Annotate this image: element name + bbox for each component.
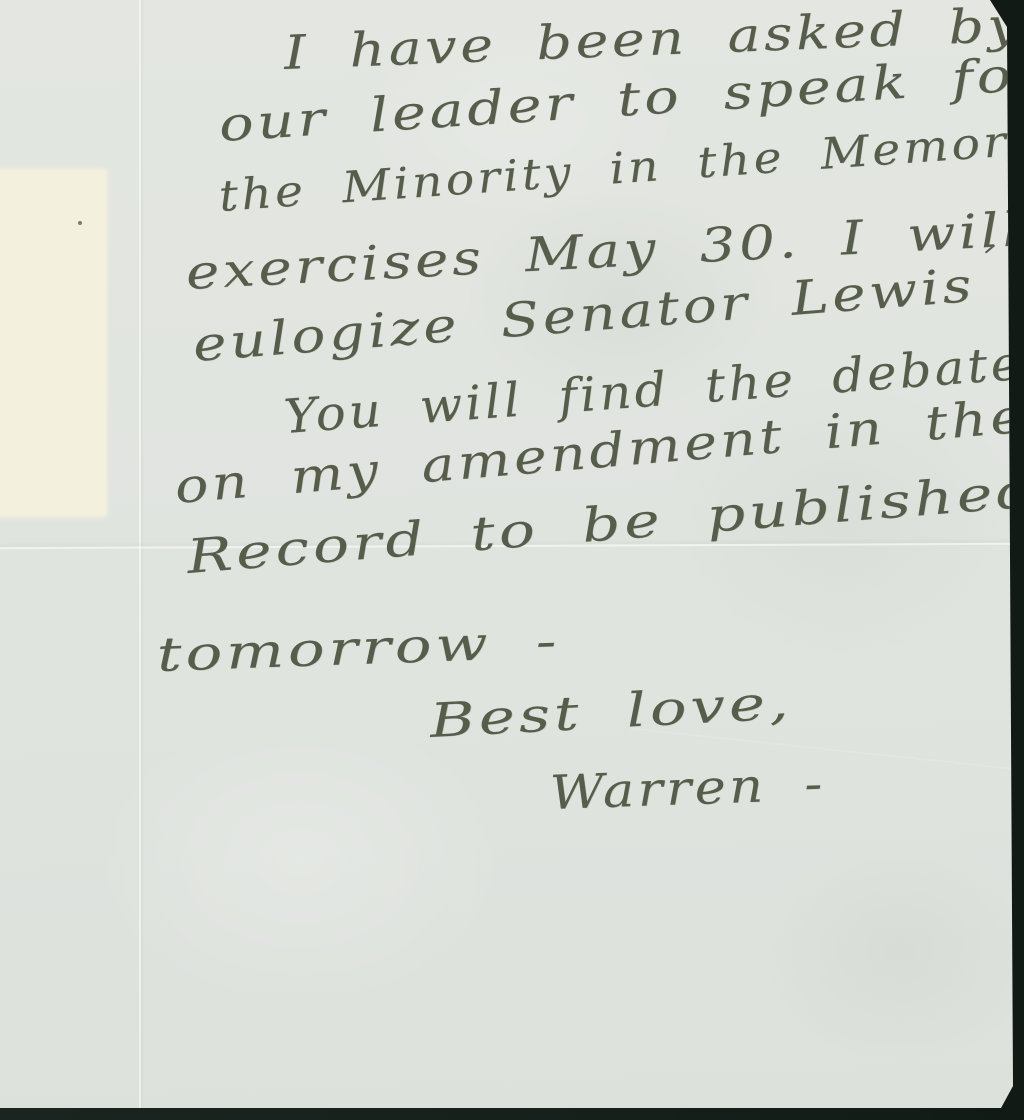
letter-paper: I have been asked by our leader to speak…	[0, 0, 1024, 1120]
show-through-patch	[0, 170, 106, 516]
ink-speck	[78, 221, 82, 225]
vertical-fold-crease	[139, 0, 141, 1108]
scanned-letter-canvas: I have been asked by our leader to speak…	[0, 0, 1024, 1120]
signature-line: Warren -	[549, 756, 826, 821]
closing-line: Best love,	[429, 675, 794, 749]
handwriting-line-9: tomorrow -	[156, 614, 561, 683]
